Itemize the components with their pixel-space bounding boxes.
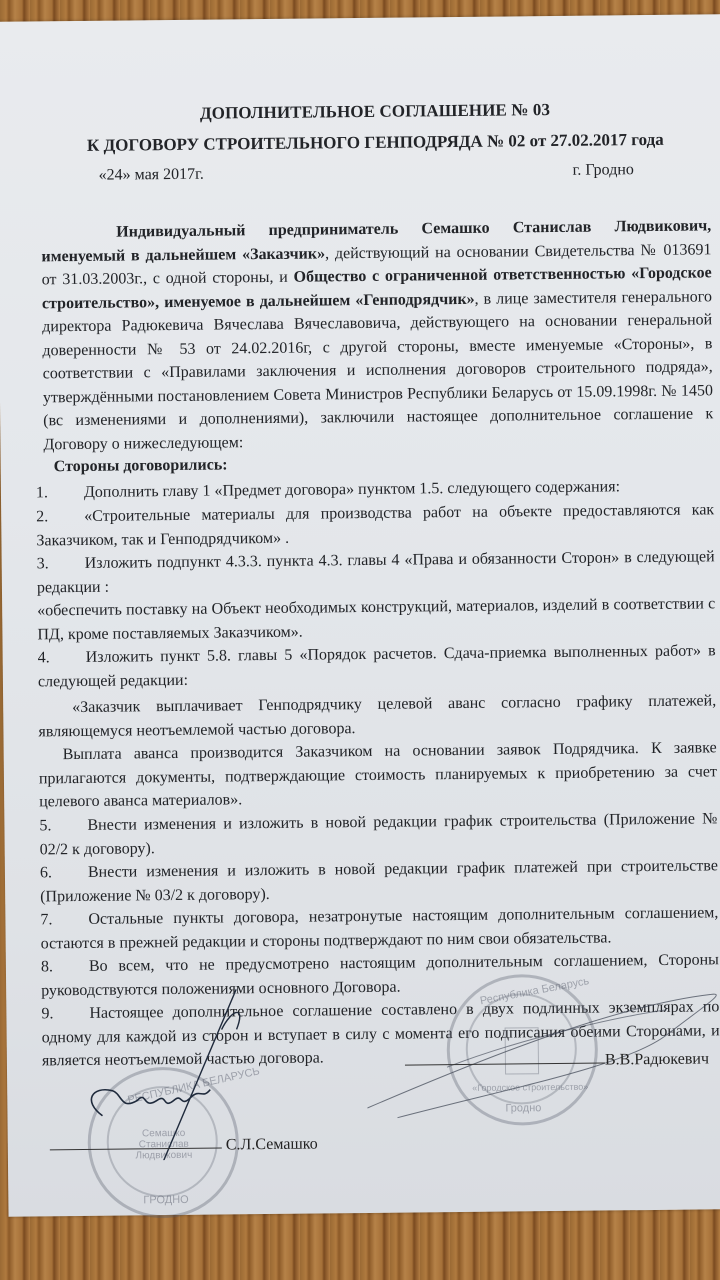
item-number: 3. <box>37 552 85 576</box>
list-item-4: 4.Изложить пункт 5.8. главы 5 «Порядок р… <box>38 639 716 693</box>
customer-signature <box>61 949 263 1161</box>
item-text: Внести изменения и изложить в новой реда… <box>40 810 718 858</box>
item-number: 1. <box>36 481 84 505</box>
agreed-heading: Стороны договорились: <box>54 456 228 476</box>
customer-signatory-name: С.Л.Семашко <box>226 1136 318 1155</box>
list-item-2: 2.«Строительные материалы для производст… <box>36 498 714 552</box>
document-subtitle: К ДОГОВОРУ СТРОИТЕЛЬНОГО ГЕНПОДРЯДА № 02… <box>40 129 710 156</box>
list-item-4-quote-2: Выплата аванса производится Заказчиком н… <box>39 736 718 814</box>
item-text: «Строительные материалы для производства… <box>36 501 714 549</box>
item-text: Внести изменения и изложить в новой реда… <box>40 857 718 905</box>
document-title: ДОПОЛНИТЕЛЬНОЕ СОГЛАШЕНИЕ № 03 <box>40 98 710 125</box>
item-number: 7. <box>40 908 88 932</box>
list-item-3: 3.Изложить подпункт 4.3.3. пункта 4.3. г… <box>37 545 715 599</box>
item-number: 6. <box>40 861 88 885</box>
contractor-signatory-name: В.В.Радюкевич <box>605 1050 709 1069</box>
item-number: 2. <box>36 505 84 529</box>
list-item-3-quote: «обеспечить поставку на Объект необходим… <box>37 592 715 646</box>
list-item-5: 5.Внести изменения и изложить в новой ре… <box>39 807 717 861</box>
list-item-7: 7.Остальные пункты договора, незатронуты… <box>40 901 718 955</box>
item-text: Остальные пункты договора, незатронутые … <box>41 904 719 952</box>
intro-text-3: , в лице заместителя генерального директ… <box>42 288 713 453</box>
item-text: Изложить подпункт 4.3.3. пункта 4.3. гла… <box>37 548 715 596</box>
document-page: ДОПОЛНИТЕЛЬНОЕ СОГЛАШЕНИЕ № 03 К ДОГОВОР… <box>0 14 720 1217</box>
document-date: «24» мая 2017г. <box>99 166 204 185</box>
list-item-4-quote-1: «Заказчик выплачивает Генподрядчику целе… <box>38 689 716 743</box>
item-number: 4. <box>38 646 86 670</box>
document-city: г. Гродно <box>573 161 634 180</box>
intro-paragraph: Индивидуальный предприниматель Семашко С… <box>41 214 713 456</box>
item-number: 5. <box>39 814 87 838</box>
list-item-6: 6.Внести изменения и изложить в новой ре… <box>40 854 718 908</box>
item-text: Дополнить главу 1 «Предмет договора» пун… <box>84 478 620 501</box>
stamp-text: ГРОДНО <box>143 1194 188 1206</box>
document-content: ДОПОЛНИТЕЛЬНОЕ СОГЛАШЕНИЕ № 03 К ДОГОВОР… <box>39 14 709 21</box>
date-line: «24» мая 2017г. г. Гродно <box>41 160 711 167</box>
item-text: Изложить пункт 5.8. главы 5 «Порядок рас… <box>38 642 716 690</box>
